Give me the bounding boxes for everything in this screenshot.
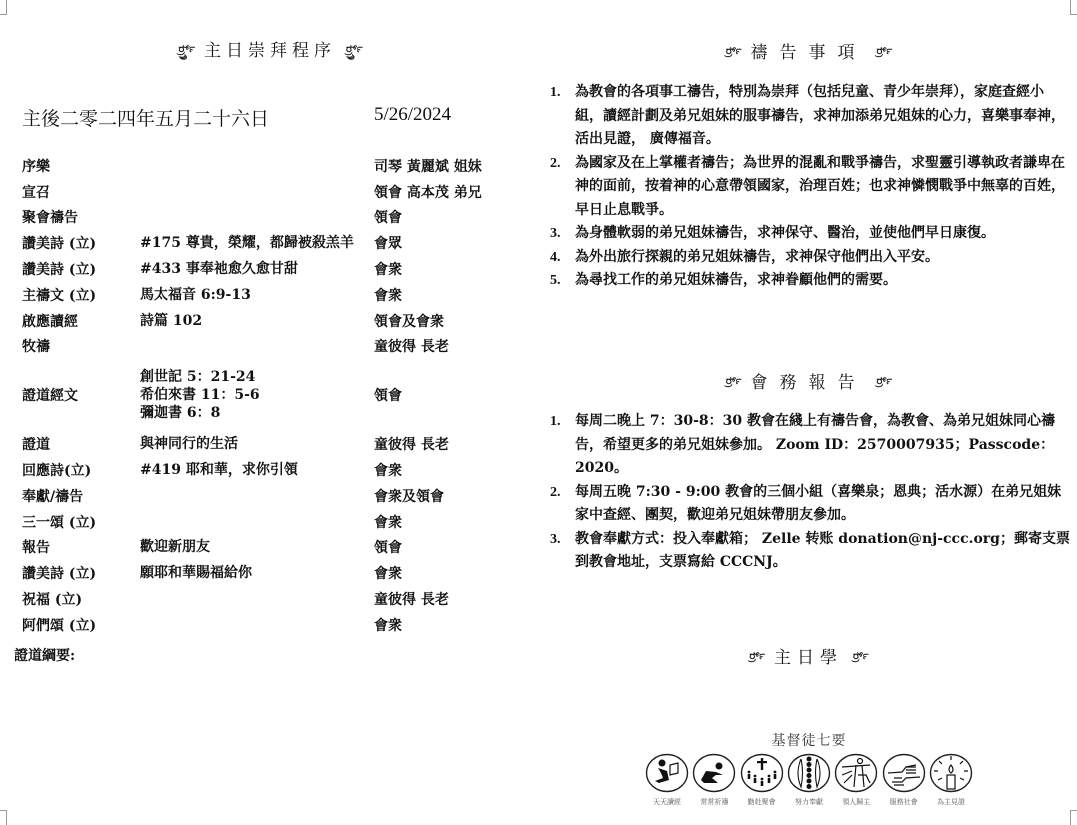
program-item: 三一頌 (立) (22, 512, 140, 532)
list-item: 1.為教會的各項事工禱告，特別為崇拜（包括兒童、青少年崇拜），家庭查經小組，讀經… (550, 81, 1070, 152)
program-detail: #175 尊貴，榮耀，都歸被殺羔羊 (140, 234, 374, 252)
essential-item: 天天讀經 (645, 753, 689, 807)
program-item: 奉獻/禱告 (22, 486, 140, 506)
essential-label: 服務社會 (890, 797, 918, 807)
item-number: 3. (550, 528, 575, 575)
scripture-reference: 彌迦書 6：8 (140, 404, 374, 422)
program-detail: #419 耶和華，求你引領 (140, 461, 374, 479)
program-person: 會衆 (374, 615, 402, 635)
essential-label: 天天讀經 (653, 797, 681, 807)
seven-essentials-title: 基督徒七要 (645, 730, 973, 750)
program-row: 證道經文 創世記 5：21-24 希伯來書 11：5-6 彌迦書 6：8 領會 (22, 359, 532, 431)
prayer-list: 1.為教會的各項事工禱告，特別為崇拜（包括兒童、青少年崇拜），家庭查經小組，讀經… (550, 81, 1070, 293)
essential-item: 常常祈禱 (692, 753, 736, 807)
program-item: 證道 (22, 434, 140, 454)
essential-label: 努力奉獻 (795, 797, 823, 807)
program-row: 啟應讀經詩篇 102領會及會衆 (22, 308, 532, 334)
program-person: 會衆 (374, 563, 402, 583)
date-numeric: 5/26/2024 (374, 104, 451, 131)
program-item: 祝福 (立) (22, 589, 140, 609)
sunday-school-heading: ರ್ರ್ರ್ 主日學 ರ್ರ್ರ್ (540, 643, 1077, 668)
prayer-heading: ರ್ರ್ರ್ 禱告事項 ರ್ರ್ರ್ (540, 38, 1077, 63)
gathering-icon (740, 753, 784, 793)
program-person: 領會 高本茂 弟兄 (374, 182, 482, 202)
evangelism-icon (834, 753, 878, 793)
program-row: 報告歡迎新朋友領會 (22, 535, 532, 561)
program-item: 宣召 (22, 182, 140, 202)
program-row: 讚美詩 (立)願耶和華賜福給你會衆 (22, 560, 532, 586)
program-item: 啟應讀經 (22, 311, 140, 331)
item-text: 為外出旅行探親的弟兄姐妹禱告，求神保守他們出入平安。 (575, 246, 1070, 270)
program-row: 序樂司琴 黃麗斌 姐妹 (22, 153, 532, 179)
program-person: 領會 (374, 207, 402, 227)
list-item: 3.教會奉獻方式：投入奉獻箱； Zelle 转账 donation@nj-ccc… (550, 528, 1070, 575)
item-text: 為尋找工作的弟兄姐妹禱告，求神眷顧他們的需要。 (575, 269, 1070, 293)
program-row: 奉獻/禱告會衆及領會 (22, 483, 532, 509)
item-number: 1. (550, 410, 575, 481)
program-row: 牧禱童彼得 長老 (22, 334, 532, 360)
program-item: 序樂 (22, 156, 140, 176)
program-row: 宣召領會 高本茂 弟兄 (22, 179, 532, 205)
program-person: 會衆 (374, 512, 402, 532)
program-person: 童彼得 長老 (374, 336, 449, 356)
program-row: 阿們頌 (立)會衆 (22, 612, 532, 638)
program-item: 報告 (22, 537, 140, 557)
program-row: 聚會禱告領會 (22, 205, 532, 231)
ornament-icon: ರ್ರ್ರ್ (877, 374, 892, 388)
seven-essentials-graphic: 基督徒七要 天天讀經 常常祈禱 (645, 730, 973, 807)
essential-item: 努力奉獻 (787, 753, 831, 807)
list-item: 2.為國家及在上掌權者禱告；為世界的混亂和戰爭禱告，求聖靈引導執政者謙卑在神的面… (550, 152, 1070, 223)
essential-item: 領人歸主 (834, 753, 878, 807)
worship-program-heading: ರ್ರ್ರ್ರ್ರ್ರ್ 主日崇拜程序 ರ್ರ್ರ್ರ್ರ್ರ್ (0, 36, 540, 61)
program-item: 證道經文 (22, 385, 140, 405)
section-title: 主日學 (774, 643, 843, 668)
reading-bible-icon (645, 753, 689, 793)
program-person: 會衆 (374, 259, 402, 279)
program-row: 三一頌 (立)會衆 (22, 509, 532, 535)
list-item: 5.為尋找工作的弟兄姐妹禱告，求神眷顧他們的需要。 (550, 269, 1070, 293)
section-title: 禱告事項 (751, 38, 867, 63)
essential-item: 服務社會 (882, 753, 926, 807)
program-person: 會衆 (374, 285, 402, 305)
program-row: 回應詩(立)#419 耶和華，求你引領會衆 (22, 457, 532, 483)
program-item: 讚美詩 (立) (22, 259, 140, 279)
essential-label: 領人歸主 (842, 797, 870, 807)
candle-witness-icon (929, 753, 973, 793)
announcements-list: 1.每周二晚上 7：30-8：30 教會在綫上有禱告會，為教會、為弟兄姐妹同心禱… (550, 410, 1070, 575)
crop-mark-bottom-right (1070, 810, 1077, 825)
scripture-reference: 創世記 5：21-24 (140, 368, 374, 386)
program-person: 會衆 (374, 460, 402, 480)
ornament-icon: ರ್ರ್ರ್ರ್ರ್ರ್ (346, 42, 362, 56)
service-icon (882, 753, 926, 793)
item-text: 為身體軟弱的弟兄姐妹禱告，求神保守、醫治，並使他們早日康復。 (575, 222, 1070, 246)
program-item: 阿們頌 (立) (22, 615, 140, 635)
section-title: 會務報告 (751, 368, 867, 393)
essential-label: 常常祈禱 (700, 797, 728, 807)
program-item: 讚美詩 (立) (22, 563, 140, 583)
item-number: 2. (550, 481, 575, 528)
program-row: 祝福 (立)童彼得 長老 (22, 586, 532, 612)
program-row: 證道與神同行的生活童彼得 長老 (22, 431, 532, 457)
item-number: 5. (550, 269, 575, 293)
announcements-heading: ರ್ರ್ರ್ 會務報告 ರ್ರ್ರ್ (540, 368, 1077, 393)
list-item: 2.每周五晚 7:30 - 9:00 教會的三個小組（喜樂泉；恩典；活水源）在弟… (550, 481, 1070, 528)
ornament-icon: ರ್ರ್ರ್ (749, 649, 764, 663)
program-item: 聚會禱告 (22, 207, 140, 227)
program-person: 會衆及領會 (374, 486, 444, 506)
essential-item: 為主見證 (929, 753, 973, 807)
item-number: 3. (550, 222, 575, 246)
program-detail: 與神同行的生活 (140, 435, 374, 453)
program-item: 牧禱 (22, 336, 140, 356)
program-person: 領會 (374, 537, 402, 557)
program-person: 司琴 黃麗斌 姐妹 (374, 156, 482, 176)
program-row: 主禱文 (立)馬太福音 6:9-13會衆 (22, 282, 532, 308)
program-person: 會眾 (374, 233, 402, 253)
program-row: 讚美詩 (立)#175 尊貴，榮耀，都歸被殺羔羊會眾 (22, 230, 532, 256)
ornament-icon: ರ್ರ್ರ್ (877, 44, 892, 58)
crop-mark-top-right (1070, 0, 1077, 15)
program-person: 童彼得 長老 (374, 589, 449, 609)
crop-mark-bottom-left (0, 810, 7, 825)
program-item: 回應詩(立) (22, 460, 140, 480)
program-detail: 願耶和華賜福給你 (140, 564, 374, 582)
ornament-icon: ರ್ರ್ರ್ (853, 649, 868, 663)
crop-mark-top-left (0, 0, 7, 15)
ornament-icon: ರ್ರ್ರ್ರ್ರ್ರ್ (178, 42, 194, 56)
program-detail: 詩篇 102 (140, 312, 374, 330)
item-text: 為國家及在上掌權者禱告；為世界的混亂和戰爭禱告，求聖靈引導執政者謙卑在神的面前，… (575, 152, 1070, 223)
item-text: 每周五晚 7:30 - 9:00 教會的三個小組（喜樂泉；恩典；活水源）在弟兄姐… (575, 481, 1070, 528)
praying-icon (692, 753, 736, 793)
item-text: 每周二晚上 7：30-8：30 教會在綫上有禱告會，為教會、為弟兄姐妹同心禱告，… (575, 410, 1070, 481)
item-number: 2. (550, 152, 575, 223)
essential-label: 為主見證 (937, 797, 965, 807)
offering-icon (787, 753, 831, 793)
program-person: 領會 (374, 385, 402, 405)
item-text: 為教會的各項事工禱告，特別為崇拜（包括兒童、青少年崇拜），家庭查經小組，讀經計劃… (575, 81, 1070, 152)
essential-item: 勤赴聚會 (740, 753, 784, 807)
ornament-icon: ರ್ರ್ರ್ (726, 44, 741, 58)
program-detail: 創世記 5：21-24 希伯來書 11：5-6 彌迦書 6：8 (140, 368, 374, 422)
service-date: 主後二零二四年五月二十六日 5/26/2024 (22, 104, 451, 131)
item-number: 4. (550, 246, 575, 270)
program-detail: #433 事奉祂愈久愈甘甜 (140, 260, 374, 278)
program-person: 童彼得 長老 (374, 434, 449, 454)
item-number: 1. (550, 81, 575, 152)
sermon-notes-label: 證道綱要: (14, 645, 75, 665)
date-chinese: 主後二零二四年五月二十六日 (22, 104, 374, 131)
list-item: 3.為身體軟弱的弟兄姐妹禱告，求神保守、醫治，並使他們早日康復。 (550, 222, 1070, 246)
list-item: 4.為外出旅行探親的弟兄姐妹禱告，求神保守他們出入平安。 (550, 246, 1070, 270)
program-item: 主禱文 (立) (22, 285, 140, 305)
program-detail: 歡迎新朋友 (140, 538, 374, 556)
program-person: 領會及會衆 (374, 311, 444, 331)
program-table: 序樂司琴 黃麗斌 姐妹 宣召領會 高本茂 弟兄 聚會禱告領會 讚美詩 (立)#1… (22, 153, 532, 638)
program-detail: 馬太福音 6:9-13 (140, 286, 374, 304)
essential-label: 勤赴聚會 (748, 797, 776, 807)
program-item: 讚美詩 (立) (22, 233, 140, 253)
item-text: 教會奉獻方式：投入奉獻箱； Zelle 转账 donation@nj-ccc.o… (575, 528, 1070, 575)
list-item: 1.每周二晚上 7：30-8：30 教會在綫上有禱告會，為教會、為弟兄姐妹同心禱… (550, 410, 1070, 481)
page-title: 主日崇拜程序 (204, 36, 336, 61)
ornament-icon: ರ್ರ್ರ್ (726, 374, 741, 388)
program-row: 讚美詩 (立)#433 事奉祂愈久愈甘甜會衆 (22, 256, 532, 282)
scripture-reference: 希伯來書 11：5-6 (140, 386, 374, 404)
